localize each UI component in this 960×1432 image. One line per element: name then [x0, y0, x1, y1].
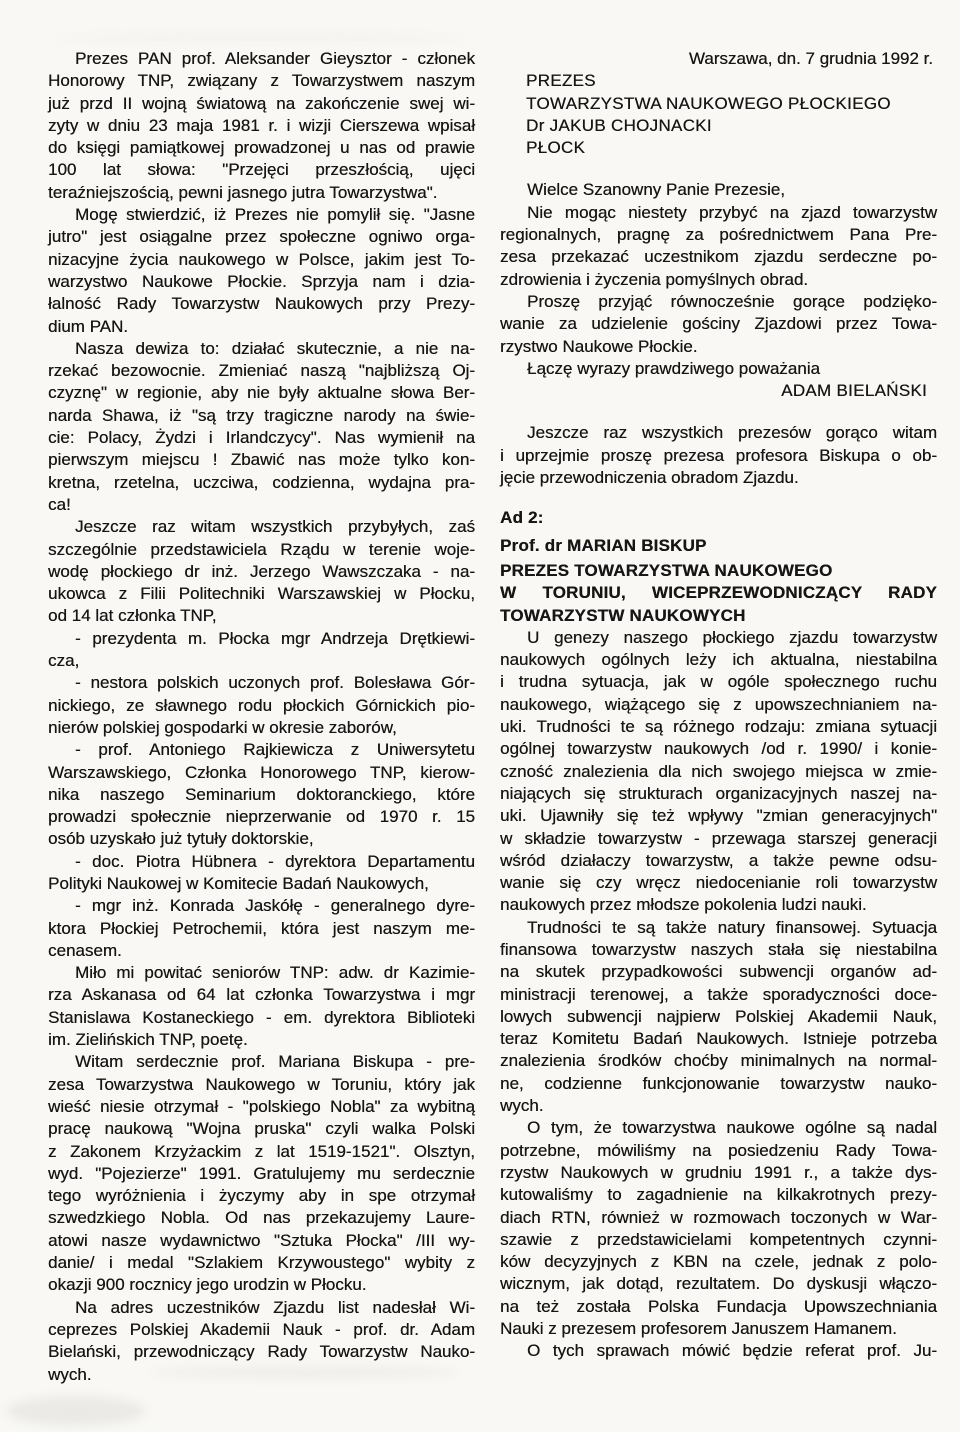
paragraph: Jeszcze raz wszystkich prezesów gorąco w… — [500, 422, 937, 489]
text-line: atowi nasze wydawnictwo "Sztuka Płocka" … — [48, 1230, 475, 1252]
text-line: Warszawa, dn. 7 grudnia 1992 r. — [500, 48, 937, 70]
text-line: ministracji terenowej, a także sporadycz… — [500, 984, 937, 1006]
text-line: niających się strukturach organizacyjnyc… — [500, 783, 937, 805]
text-line: ukowca z Filii Politechniki Warszawskiej… — [48, 583, 475, 605]
text-line: rzystw Naukowych w grudniu 1991 r., a ta… — [500, 1162, 937, 1184]
text-line: Na adres uczestników Zjazdu list nadesła… — [48, 1297, 475, 1319]
text-line: zyty w dniu 23 maja 1981 r. i wizji Cier… — [48, 115, 475, 137]
text-line: regionalnych, pragnę za pośrednictwem Pa… — [500, 224, 937, 246]
text-line: w składzie towarzystw - przewaga starsze… — [500, 828, 937, 850]
paragraph: Proszę przyjąć równocześnie gorące podzi… — [500, 291, 937, 358]
text-line: O tych sprawach mówić będzie referat pro… — [500, 1340, 937, 1362]
text-line: lowych subwencji najpierw Polskiej Akade… — [500, 1006, 937, 1028]
text-line: rza Askanasa od 64 lat członka Towarzyst… — [48, 984, 475, 1006]
text-line: ca! — [48, 494, 475, 516]
text-line: naukowych przez młodsze pokolenia ludzi … — [500, 894, 937, 916]
text-line: dium PAN. — [48, 316, 475, 338]
text-line: potrzebne, mówiliśmy na posiedzeniu Rady… — [500, 1140, 937, 1162]
text-line: PŁOCK — [500, 137, 937, 159]
text-line: Nie mogąc niestety przybyć na zjazd towa… — [500, 202, 937, 224]
text-line: zesa Towarzystwa Naukowego w Toruniu, kt… — [48, 1074, 475, 1096]
spacer — [500, 159, 937, 179]
text-line: jutro" jest osiągalne przez społeczne og… — [48, 226, 475, 248]
text-line: Bielański, przewodniczący Rady Towarzyst… — [48, 1341, 475, 1363]
text-line: ADAM BIELAŃSKI — [500, 380, 937, 402]
text-line: już przd II wojną światową na zakończeni… — [48, 93, 475, 115]
text-line: 100 lat słowa: "Przejęci przeszłością, u… — [48, 159, 475, 181]
text-line: TOWARZYSTWA NAUKOWEGO PŁOCKIEGO — [500, 93, 937, 115]
text-line: zdrowienia i życzenia pomyślnych obrad. — [500, 269, 937, 291]
paragraph: U genezy naszego płockiego zjazdu towarz… — [500, 627, 937, 917]
text-line: Proszę przyjąć równocześnie gorące podzi… — [500, 291, 937, 313]
text-line: Łączę wyrazy prawdziwego poważania — [500, 358, 937, 380]
text-line: pracę naukową "Wojna pruska" czyli walka… — [48, 1118, 475, 1140]
text-line: wśród działaczy towarzystw, a także pewn… — [500, 850, 937, 872]
column-left: Prezes PAN prof. Aleksander Gieysztor - … — [48, 48, 475, 1386]
paragraph: Prezes PAN prof. Aleksander Gieysztor - … — [48, 48, 475, 204]
closing-line: Łączę wyrazy prawdziwego poważania — [500, 358, 937, 380]
text-line: pierwszym miejscu ! Zbawić nas może tylk… — [48, 449, 475, 471]
heading-ad2: Ad 2: — [500, 507, 937, 529]
text-line: warzystwo Naukowe Płockie. Sprzyja nam i… — [48, 271, 475, 293]
text-line: do księgi pamiątkowej prowadzonej u nas … — [48, 137, 475, 159]
list-item: - prof. Antoniego Rajkiewicza z Uniwersy… — [48, 739, 475, 850]
paragraph: Mogę stwierdzić, iż Prezes nie pomylił s… — [48, 204, 475, 338]
paragraph: Miło mi powitać seniorów TNP: adw. dr Ka… — [48, 962, 475, 1051]
text-line: kretna, rzetelna, uczciwa, codzienna, wy… — [48, 472, 475, 494]
text-line: szwedzkiego Nobla. Od nas przekazujemy L… — [48, 1207, 475, 1229]
heading-speaker-title: TOWARZYSTW NAUKOWYCH — [500, 605, 937, 627]
text-line: ogólnej towarzystw naukowych /od r. 1990… — [500, 738, 937, 760]
list-item: - doc. Piotra Hübnera - dyrektora Depart… — [48, 851, 475, 896]
text-line: Ad 2: — [500, 507, 937, 529]
text-line: prowadzi społecznie nieprzerwanie od 197… — [48, 806, 475, 828]
salutation: Wielce Szanowny Panie Prezesie, — [500, 179, 937, 201]
text-line: wanie się czy wręcz niedocenianie roli t… — [500, 872, 937, 894]
dateline: Warszawa, dn. 7 grudnia 1992 r. — [500, 48, 937, 70]
paragraph: Trudności te są także natury finansowej.… — [500, 917, 937, 1118]
text-line: nierów polskiej gospodarki w okresie zab… — [48, 717, 475, 739]
text-line: Trudności te są także natury finansowej.… — [500, 917, 937, 939]
text-line: Dr JAKUB CHOJNACKI — [500, 115, 937, 137]
text-line: i uprzejmie proszę prezesa profesora Bis… — [500, 445, 937, 467]
column-right: Warszawa, dn. 7 grudnia 1992 r.PREZESTOW… — [500, 48, 937, 1363]
text-line: na skutek przypadkowości subwencji organ… — [500, 961, 937, 983]
text-line: O tym, że towarzystwa naukowe ogólne są … — [500, 1117, 937, 1139]
text-line: ków decyzyjnych z KBN na czele, jednak z… — [500, 1251, 937, 1273]
text-line: osób uzyskało już tytuły doktorskie, — [48, 828, 475, 850]
text-line: TOWARZYSTW NAUKOWYCH — [500, 605, 937, 627]
paragraph: Nasza dewiza to: działać skutecznie, a n… — [48, 338, 475, 516]
text-line: Miło mi powitać seniorów TNP: adw. dr Ka… — [48, 962, 475, 984]
text-line: cza, — [48, 650, 475, 672]
text-line: narda Shawa, iż "są trzy tragiczne narod… — [48, 405, 475, 427]
text-line: łalność Rady Towarzystw Naukowych przy P… — [48, 293, 475, 315]
text-line: Jeszcze raz wszystkich prezesów gorąco w… — [500, 422, 937, 444]
paragraph: Jeszcze raz witam wszystkich przybyłych,… — [48, 516, 475, 627]
text-line: - prof. Antoniego Rajkiewicza z Uniwersy… — [48, 739, 475, 761]
recipient-block: PREZESTOWARZYSTWA NAUKOWEGO PŁOCKIEGODr … — [500, 70, 937, 159]
text-line: nickiego, ze sławnego rodu płockich Górn… — [48, 695, 475, 717]
text-line: Mogę stwierdzić, iż Prezes nie pomylił s… — [48, 204, 475, 226]
text-line: okazji 900 rocznicy jego urodzin w Płock… — [48, 1274, 475, 1296]
text-line: od 14 lat członka TNP, — [48, 605, 475, 627]
scan-smudge — [6, 1396, 146, 1426]
scanned-page: Prezes PAN prof. Aleksander Gieysztor - … — [0, 0, 960, 1432]
text-line: Warszawskiego, Członka Honorowego TNP, k… — [48, 762, 475, 784]
text-line: wanie za udzielenie gościny Zjazdowi prz… — [500, 313, 937, 335]
text-line: wych. — [500, 1095, 937, 1117]
list-item: - mgr inż. Konrada Jaskółę - generalnego… — [48, 895, 475, 962]
text-line: czność znalezienia dla nich swojego miej… — [500, 761, 937, 783]
text-line: danie/ i medal "Szlakiem Krzywoustego" w… — [48, 1252, 475, 1274]
text-line: rzekać bezowocnie. Zmieniać naszą "najbl… — [48, 360, 475, 382]
text-line: Jeszcze raz witam wszystkich przybyłych,… — [48, 516, 475, 538]
text-line: Stanislawa Kostaneckiego - em. dyrektora… — [48, 1007, 475, 1029]
text-line: szawie z przedstawicielami kompetentnych… — [500, 1229, 937, 1251]
text-line: Polityki Naukowej w Komitecie Badań Nauk… — [48, 873, 475, 895]
text-line: W TORUNIU, WICEPRZEWODNICZĄCY RADY — [500, 582, 937, 604]
text-line: Witam serdecznie prof. Mariana Biskupa -… — [48, 1051, 475, 1073]
heading-speaker-name: Prof. dr MARIAN BISKUP — [500, 535, 937, 557]
text-line: - nestora polskich uczonych prof. Bolesł… — [48, 672, 475, 694]
heading-speaker-title: PREZES TOWARZYSTWA NAUKOWEGO — [500, 560, 937, 582]
text-line: szczególnie przedstawiciela Rządu w tere… — [48, 539, 475, 561]
text-line: tego wyróżnienia i życzymy aby in spe ot… — [48, 1185, 475, 1207]
spacer — [500, 489, 937, 507]
text-line: teraźniejszością, pewni jasnego jutra To… — [48, 182, 475, 204]
text-line: uki. Ujawniły się też wpływy "zmian gene… — [500, 805, 937, 827]
paragraph: Witam serdecznie prof. Mariana Biskupa -… — [48, 1051, 475, 1296]
paragraph: O tym, że towarzystwa naukowe ogólne są … — [500, 1117, 937, 1340]
text-line: wicznym, jak dotąd, rezultatem. Do dysku… — [500, 1273, 937, 1295]
text-line: Nasza dewiza to: działać skutecznie, a n… — [48, 338, 475, 360]
paragraph: Nie mogąc niestety przybyć na zjazd towa… — [500, 202, 937, 291]
heading-speaker-title: W TORUNIU, WICEPRZEWODNICZĄCY RADY — [500, 582, 937, 604]
text-line: kutowaliśmy to zagadnienie na kilkakrotn… — [500, 1184, 937, 1206]
text-line: znalezienia środków choćby minimalnych n… — [500, 1050, 937, 1072]
text-line: - mgr inż. Konrada Jaskółę - generalnego… — [48, 895, 475, 917]
text-line: wyd. "Pojezierze" 1991. Gratulujemy mu s… — [48, 1163, 475, 1185]
text-line: Honorowy TNP, związany z Towarzystwem na… — [48, 70, 475, 92]
text-line: finansowa towarzystw naszych stała się n… — [500, 939, 937, 961]
text-line: PREZES TOWARZYSTWA NAUKOWEGO — [500, 560, 937, 582]
text-line: i trudna sytuacja, jak w ogóle społeczne… — [500, 671, 937, 693]
text-line: Nauki z prezesem profesorem Januszem Ham… — [500, 1318, 937, 1340]
text-line: z Zakonem Krzyżackim z lat 1519-1521". O… — [48, 1141, 475, 1163]
paragraph: O tych sprawach mówić będzie referat pro… — [500, 1340, 937, 1362]
text-line: cenasem. — [48, 940, 475, 962]
text-line: czyznę" w regionie, aby nie były aktualn… — [48, 382, 475, 404]
text-line: ktora Płockiej Petrochemii, która jest n… — [48, 918, 475, 940]
text-line: zesa przekazać uczestnikom zjazdu serdec… — [500, 246, 937, 268]
text-line: PREZES — [500, 70, 937, 92]
text-line: wieść niesie otrzymał - "polskiego Nobla… — [48, 1096, 475, 1118]
list-item: - nestora polskich uczonych prof. Bolesł… — [48, 672, 475, 739]
text-line: rzystwo Naukowe Płockie. — [500, 336, 937, 358]
text-line: jęcie przewodniczenia obradom Zjazdu. — [500, 467, 937, 489]
text-line: - prezydenta m. Płocka mgr Andrzeja Dręt… — [48, 628, 475, 650]
text-line: wodę płockiego dr inż. Jerzego Wawszczak… — [48, 561, 475, 583]
text-line: wych. — [48, 1364, 475, 1386]
text-line: na też została Polska Fundacja Upowszech… — [500, 1296, 937, 1318]
text-line: teraz Komitetu Badań Naukowych. Istnieje… — [500, 1028, 937, 1050]
text-line: Prezes PAN prof. Aleksander Gieysztor - … — [48, 48, 475, 70]
text-line: U genezy naszego płockiego zjazdu towarz… — [500, 627, 937, 649]
text-line: nika naszego Seminarium doktoranckiego, … — [48, 784, 475, 806]
text-line: naukowego, wiążącego się z upowszechnian… — [500, 694, 937, 716]
text-line: im. Zielińskich TNP, poetę. — [48, 1029, 475, 1051]
text-line: cie: Polacy, Żydzi i Irlandczycy". Nas w… — [48, 427, 475, 449]
text-line: - doc. Piotra Hübnera - dyrektora Depart… — [48, 851, 475, 873]
text-line: naukowych ogólnych leży ich aktualna, ni… — [500, 649, 937, 671]
text-line: diach RTN, również w rozmowach toczonych… — [500, 1207, 937, 1229]
text-line: Wielce Szanowny Panie Prezesie, — [500, 179, 937, 201]
text-line: Prof. dr MARIAN BISKUP — [500, 535, 937, 557]
signature-name: ADAM BIELAŃSKI — [500, 380, 937, 402]
text-line: nizacyjne życia naukowego w Polsce, jaki… — [48, 249, 475, 271]
text-line: ceprezes Polskiej Akademii Nauk - prof. … — [48, 1319, 475, 1341]
text-line: uki. Trudności te są różnego rodzaju: zm… — [500, 716, 937, 738]
spacer — [500, 402, 937, 422]
list-item: - prezydenta m. Płocka mgr Andrzeja Dręt… — [48, 628, 475, 673]
scan-smudge — [50, 34, 470, 42]
paragraph: Na adres uczestników Zjazdu list nadesła… — [48, 1297, 475, 1386]
text-line: ne, codzienne funkcjonowanie towarzystw … — [500, 1073, 937, 1095]
